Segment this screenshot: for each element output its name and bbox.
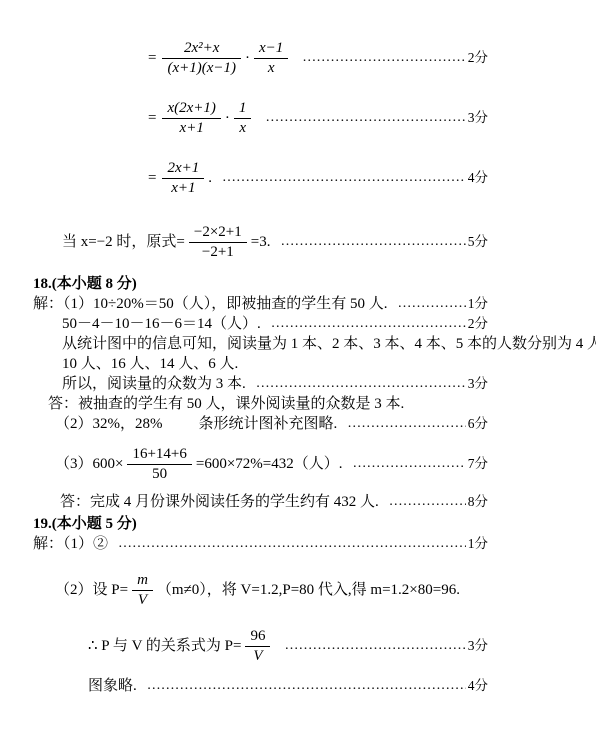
- solution-text: 解：（1）②: [33, 534, 108, 554]
- part2-substitution: （m≠0），将 V=1.2,P=80 代入,得 m=1.2×80=96.: [157, 580, 460, 600]
- fraction: 2x+1 x+1: [162, 159, 204, 198]
- multiplication-dot: ·: [245, 48, 250, 68]
- equals-sign: =: [148, 168, 156, 188]
- fraction-denominator: x: [254, 58, 288, 78]
- q18-line-8: （3）600× 16+14+6 50 =600×72%=432（人）. ……………: [55, 442, 488, 486]
- fraction-numerator: x(2x+1): [162, 99, 220, 118]
- fraction-denominator: V: [245, 646, 270, 666]
- dot-leader: ……………………………………………………………………………………………………………: [379, 492, 466, 512]
- q18-line-3: 从统计图中的信息可知，阅读量为 1 本、2 本、3 本、4 本、5 本的人数分别…: [62, 334, 596, 354]
- dot-leader: ……………………………………………………………………………………………………………: [343, 454, 466, 474]
- q19-relation-line: ∴ P 与 V 的关系式为 P= 96 V …………………………………………………: [88, 624, 488, 668]
- dot-leader: ……………………………………………………………………………………………………………: [255, 108, 465, 128]
- answer-text: 答：完成 4 月份课外阅读任务的学生约有 432 人.: [60, 492, 379, 512]
- fraction-denominator: (x+1)(x−1): [162, 58, 241, 78]
- answer-sheet-page: = 2x²+x (x+1)(x−1) · x−1 x ……………………………………: [0, 0, 596, 731]
- q19-graph-line: 图象略. ………………………………………………………………………………………………: [88, 676, 488, 696]
- fraction: 96 V: [245, 627, 270, 666]
- score-label: 6分: [466, 414, 488, 434]
- q18-line-7: （2）32%，28% 条形统计图补充图略. …………………………………………………: [55, 414, 488, 434]
- solution-text: 所以，阅读量的众数为 3 本.: [62, 374, 246, 394]
- question-17-section: = 2x²+x (x+1)(x−1) · x−1 x ……………………………………: [0, 36, 596, 264]
- q18-line-1: 解：（1）10÷20%＝50（人），即被抽查的学生有 50 人. ……………………: [33, 294, 488, 314]
- fraction-numerator: 2x²+x: [162, 39, 241, 58]
- q18-line-5: 所以，阅读量的众数为 3 本. …………………………………………………………………: [62, 374, 488, 394]
- fraction-numerator: 16+14+6: [127, 445, 191, 464]
- dot-leader: ……………………………………………………………………………………………………………: [108, 534, 466, 554]
- question-18-header: 18.(本小题 8 分): [33, 274, 596, 294]
- question-19-section: 19.(本小题 5 分) 解：（1）② ………………………………………………………: [0, 514, 596, 696]
- graph-note: 图象略.: [88, 676, 137, 696]
- score-label: 2分: [466, 314, 488, 334]
- dot-leader: ……………………………………………………………………………………………………………: [387, 294, 465, 314]
- fraction-denominator: V: [132, 590, 153, 610]
- dot-leader: ……………………………………………………………………………………………………………: [261, 314, 466, 334]
- q17-step-line-3: = x(2x+1) x+1 · 1 x ………………………………………………………: [148, 96, 488, 140]
- fraction-denominator: 50: [127, 464, 191, 484]
- fraction: m V: [132, 571, 153, 610]
- q18-answer-1: 答：被抽查的学生有 50 人，课外阅读量的众数是 3 本.: [48, 394, 596, 414]
- part2-note: 条形统计图补充图略.: [199, 414, 338, 434]
- score-label: 2分: [466, 48, 488, 68]
- dot-leader: ……………………………………………………………………………………………………………: [274, 636, 465, 656]
- fraction-numerator: m: [132, 571, 153, 590]
- q17-evaluation-line: 当 x=−2 时，原式= −2×2+1 −2+1 =3. ………………………………: [62, 220, 488, 264]
- score-label: 1分: [466, 534, 488, 554]
- q17-step-line-2: = 2x²+x (x+1)(x−1) · x−1 x ……………………………………: [148, 36, 488, 80]
- fraction: 16+14+6 50: [127, 445, 191, 484]
- fraction-numerator: 2x+1: [162, 159, 204, 178]
- fraction: 2x²+x (x+1)(x−1): [162, 39, 241, 78]
- fraction-numerator: 1: [234, 99, 252, 118]
- dot-leader: ……………………………………………………………………………………………………………: [337, 414, 465, 434]
- q19-line-1: 解：（1）② …………………………………………………………………………………………: [33, 534, 488, 554]
- fraction-denominator: x+1: [162, 118, 220, 138]
- solution-text: 解：（1）10÷20%＝50（人），即被抽查的学生有 50 人.: [33, 294, 387, 314]
- fraction-denominator: x: [234, 118, 252, 138]
- score-label: 3分: [466, 108, 488, 128]
- dot-leader: ……………………………………………………………………………………………………………: [246, 374, 466, 394]
- part3-result: =600×72%=432（人）.: [196, 454, 343, 474]
- dot-leader: ……………………………………………………………………………………………………………: [292, 48, 465, 68]
- q17-step-line-4: = 2x+1 x+1 . …………………………………………………………………………: [148, 156, 488, 200]
- q18-line-2: 50－4－10－16－6＝14（人）. ………………………………………………………: [62, 314, 488, 334]
- fraction: x(2x+1) x+1: [162, 99, 220, 138]
- part3-prefix: （3）600×: [55, 454, 123, 474]
- part2-prefix: （2）设 P=: [55, 580, 128, 600]
- fraction: −2×2+1 −2+1: [189, 223, 247, 262]
- score-label: 3分: [466, 374, 488, 394]
- question-19-header: 19.(本小题 5 分): [33, 514, 596, 534]
- score-label: 8分: [466, 492, 488, 512]
- evaluation-result: =3.: [251, 232, 271, 252]
- part2-values: （2）32%，28%: [55, 414, 163, 434]
- fraction-numerator: x−1: [254, 39, 288, 58]
- equals-sign: =: [148, 108, 156, 128]
- score-label: 1分: [466, 294, 488, 314]
- score-label: 5分: [466, 232, 488, 252]
- q18-answer-2: 答：完成 4 月份课外阅读任务的学生约有 432 人. …………………………………: [60, 492, 488, 512]
- dot-leader: ……………………………………………………………………………………………………………: [137, 676, 466, 696]
- dot-leader: ……………………………………………………………………………………………………………: [271, 232, 466, 252]
- solution-text: 50－4－10－16－6＝14（人）.: [62, 314, 261, 334]
- fraction-denominator: −2+1: [189, 242, 247, 262]
- score-label: 7分: [466, 454, 488, 474]
- score-label: 4分: [466, 676, 488, 696]
- score-label: 4分: [466, 168, 488, 188]
- relation-prefix: ∴ P 与 V 的关系式为 P=: [88, 636, 241, 656]
- fraction-numerator: −2×2+1: [189, 223, 247, 242]
- fraction-numerator: 96: [245, 627, 270, 646]
- dot-leader: ……………………………………………………………………………………………………………: [212, 168, 466, 188]
- q18-line-4: 10 人、16 人、14 人、6 人.: [62, 354, 596, 374]
- question-18-section: 18.(本小题 8 分) 解：（1）10÷20%＝50（人），即被抽查的学生有 …: [0, 274, 596, 512]
- equals-sign: =: [148, 48, 156, 68]
- evaluation-prefix: 当 x=−2 时，原式=: [62, 232, 185, 252]
- multiplication-dot: ·: [225, 108, 230, 128]
- score-label: 3分: [466, 636, 488, 656]
- q19-line-2: （2）设 P= m V （m≠0），将 V=1.2,P=80 代入,得 m=1.…: [55, 568, 596, 612]
- fraction: x−1 x: [254, 39, 288, 78]
- fraction-denominator: x+1: [162, 178, 204, 198]
- fraction: 1 x: [234, 99, 252, 138]
